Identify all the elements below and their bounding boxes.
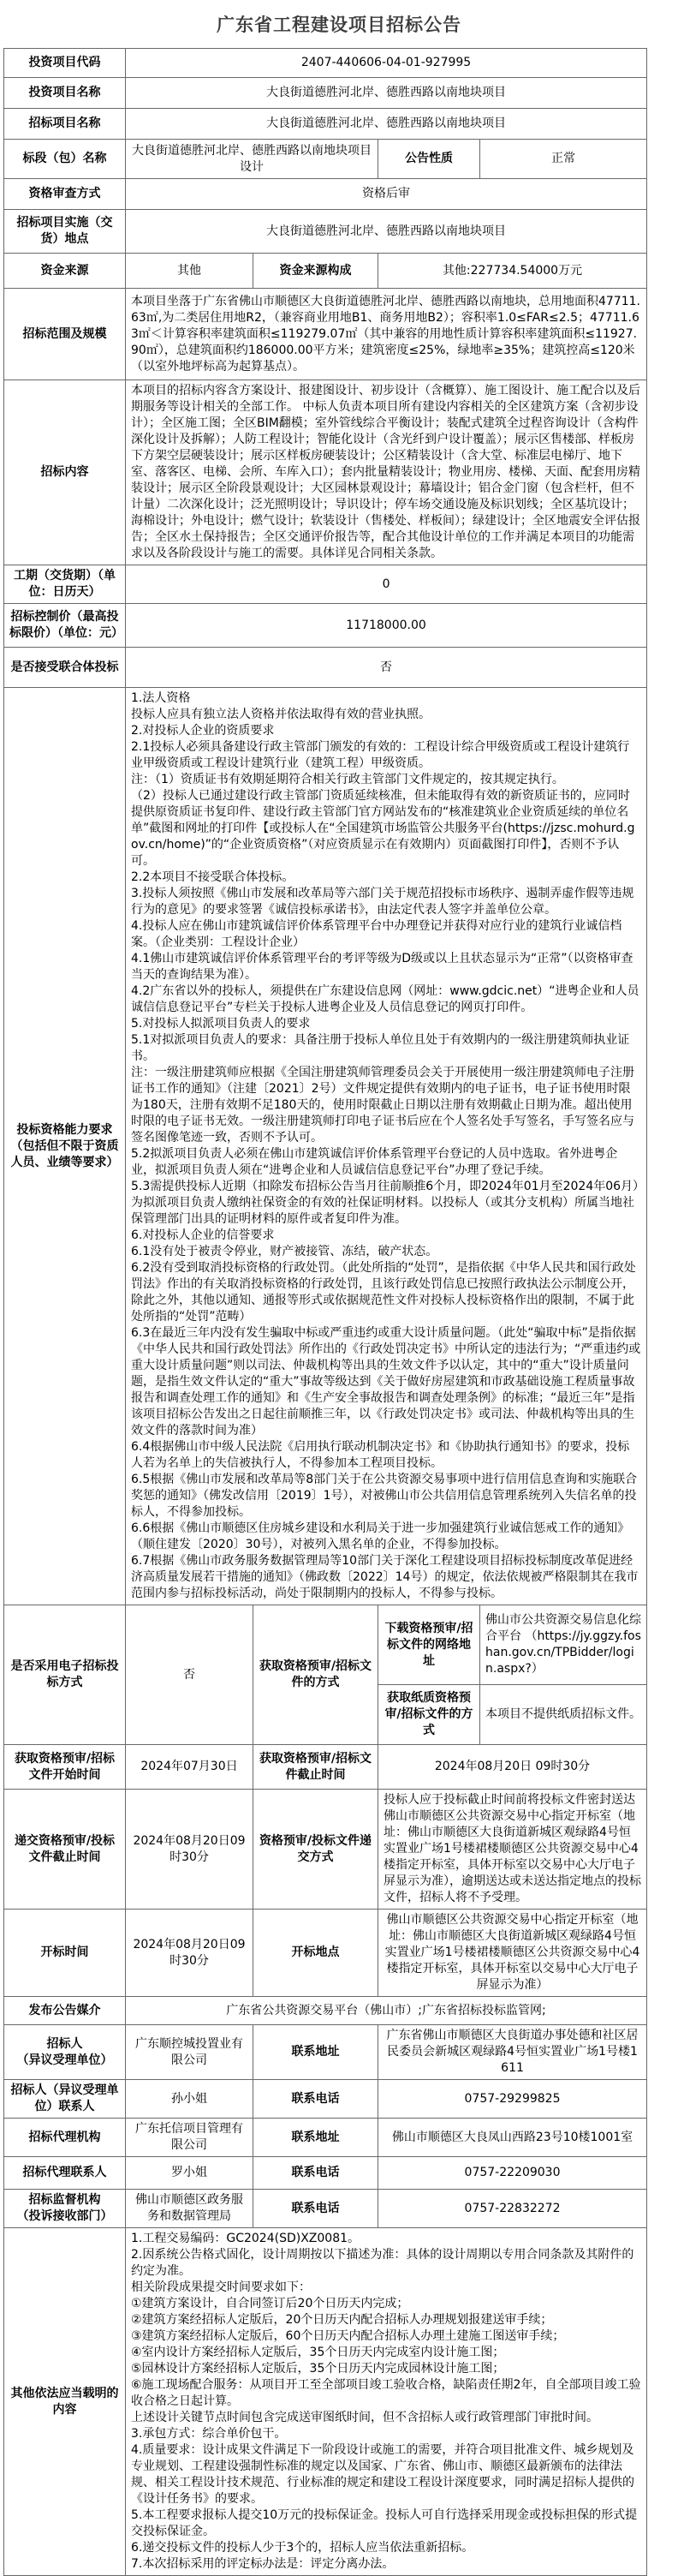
row-agency: 招标代理机构 广东托信项目管理有限公司 联系地址 佛山市顺德区大良凤山西路23号… bbox=[4, 2119, 647, 2157]
fund-composition-label: 资金来源构成 bbox=[253, 254, 378, 289]
obtain-start-label: 获取资格预审/招标文件开始时间 bbox=[4, 1745, 126, 1790]
row-agency-contact: 招标代理联系人 罗小姐 联系电话 0757-22209030 bbox=[4, 2157, 647, 2190]
section-package-value: 大良街道德胜河北岸、德胜西路以南地块项目设计 bbox=[126, 140, 378, 179]
notice-nature-label: 公告性质 bbox=[378, 140, 480, 179]
submission-deadline-label: 递交资格预审/投标文件截止时间 bbox=[4, 1790, 126, 1910]
download-address-label: 下载资格预审/招标文件的网络地址 bbox=[378, 1605, 480, 1685]
project-code-value: 2407-440606-04-01-927995 bbox=[126, 49, 647, 78]
row-scope-scale: 招标范围及规模 本项目坐落于广东省佛山市顺德区大良街道德胜河北岸、德胜西路以南地… bbox=[4, 289, 647, 380]
row-bid-opening: 开标时间 2024年08月20日09时30分 开标地点 佛山市顺德区公共资源交易… bbox=[4, 1910, 647, 1997]
agency-contact-value: 罗小姐 bbox=[126, 2157, 253, 2190]
agency-address-label: 联系地址 bbox=[253, 2119, 378, 2157]
agency-address-value: 佛山市顺德区大良凤山西路23号10楼1001室 bbox=[378, 2119, 647, 2157]
row-section-package: 标段（包）名称 大良街道德胜河北岸、德胜西路以南地块项目设计 公告性质 正常 bbox=[4, 140, 647, 179]
tenderer-value: 广东顺控城投置业有限公司 bbox=[126, 2025, 253, 2080]
bid-opening-place-value: 佛山市顺德区公共资源交易中心指定开标室（地址：佛山市顺德区大良街道新城区观绿路4… bbox=[378, 1910, 647, 1997]
tenderer-contact-label: 招标人（异议受理单位）联系人 bbox=[4, 2080, 126, 2119]
agency-value: 广东托信项目管理有限公司 bbox=[126, 2119, 253, 2157]
tenderer-address-value: 广东省佛山市顺德区大良街道办事处德和社区居民委员会新城区观绿路4号恒实置业广场1… bbox=[378, 2025, 647, 2080]
fund-source-value: 其他 bbox=[126, 254, 253, 289]
duration-value: 0 bbox=[126, 565, 647, 604]
tender-announcement-table: 投资项目代码 2407-440606-04-01-927995 投资项目名称 大… bbox=[3, 48, 647, 2576]
supervisor-phone-value: 0757-22832272 bbox=[378, 2190, 647, 2228]
bid-opening-place-label: 开标地点 bbox=[253, 1910, 378, 1997]
notice-nature-value: 正常 bbox=[480, 140, 647, 179]
row-qualification-review: 资格审查方式 资格后审 bbox=[4, 179, 647, 210]
row-supervisor: 招标监督机构 （投诉接收部门） 佛山市顺德区政务服务和数据管理局 联系电话 07… bbox=[4, 2190, 647, 2228]
agency-phone-value: 0757-22209030 bbox=[378, 2157, 647, 2190]
row-submission: 递交资格预审/投标文件截止时间 2024年08月20日09时30分 资格预审/投… bbox=[4, 1790, 647, 1910]
tenderer-label: 招标人 （异议受理单位） bbox=[4, 2025, 126, 2080]
paper-document-label: 获取纸质资格预审/招标文件的方式 bbox=[378, 1685, 480, 1745]
obtain-start-value: 2024年07月30日 bbox=[126, 1745, 253, 1790]
row-implementation-location: 招标项目实施（交货）地点 大良街道德胜河北岸、德胜西路以南地块项目 bbox=[4, 210, 647, 254]
implementation-location-value: 大良街道德胜河北岸、德胜西路以南地块项目 bbox=[126, 210, 647, 254]
row-tender-project-name: 招标项目名称 大良街道德胜河北岸、德胜西路以南地块项目 bbox=[4, 109, 647, 140]
row-obtain-time: 获取资格预审/招标文件开始时间 2024年07月30日 获取资格预审/招标文件截… bbox=[4, 1745, 647, 1790]
bid-opening-time-label: 开标时间 bbox=[4, 1910, 126, 1997]
row-invest-project-name: 投资项目名称 大良街道德胜河北岸、德胜西路以南地块项目 bbox=[4, 78, 647, 109]
agency-contact-label: 招标代理联系人 bbox=[4, 2157, 126, 2190]
page-title: 广东省工程建设项目招标公告 bbox=[0, 0, 678, 45]
row-other-contents: 其他依法应当载明的内容 1.工程交易编码：GC2024(SD)XZ0081。 2… bbox=[4, 2228, 647, 2576]
announcement-media-label: 发布公告媒介 bbox=[4, 1997, 126, 2025]
row-announcement-media: 发布公告媒介 广东省公共资源交易平台（佛山市）;广东省招标投标监管网; bbox=[4, 1997, 647, 2025]
bid-opening-time-value: 2024年08月20日09时30分 bbox=[126, 1910, 253, 1997]
tenderer-phone-value: 0757-29299825 bbox=[378, 2080, 647, 2119]
electronic-bidding-value: 否 bbox=[126, 1605, 253, 1745]
fund-composition-value: 其他:227734.54000万元 bbox=[378, 254, 647, 289]
electronic-bidding-label: 是否采用电子招标投标方式 bbox=[4, 1605, 126, 1745]
other-contents-label: 其他依法应当载明的内容 bbox=[4, 2228, 126, 2576]
qualification-review-value: 资格后审 bbox=[126, 179, 647, 210]
row-tenderer-contact: 招标人（异议受理单位）联系人 孙小姐 联系电话 0757-29299825 bbox=[4, 2080, 647, 2119]
tender-content-value: 本项目的招标内容含方案设计、报建图设计、初步设计（含概算）、施工图设计、施工配合… bbox=[126, 380, 647, 565]
obtain-method-label: 获取资格预审/招标文件的方式 bbox=[253, 1605, 378, 1745]
submission-deadline-value: 2024年08月20日09时30分 bbox=[126, 1790, 253, 1910]
row-duration: 工期（交货期）（单位：日历天） 0 bbox=[4, 565, 647, 604]
invest-project-name-label: 投资项目名称 bbox=[4, 78, 126, 109]
other-contents-value: 1.工程交易编码：GC2024(SD)XZ0081。 2.因系统公告格式固化，设… bbox=[126, 2228, 647, 2576]
scope-scale-label: 招标范围及规模 bbox=[4, 289, 126, 380]
invest-project-name-value: 大良街道德胜河北岸、德胜西路以南地块项目 bbox=[126, 78, 647, 109]
supervisor-phone-label: 联系电话 bbox=[253, 2190, 378, 2228]
tender-project-name-value: 大良街道德胜河北岸、德胜西路以南地块项目 bbox=[126, 109, 647, 140]
paper-document-value: 本项目不提供纸质招标文件。 bbox=[480, 1685, 647, 1745]
row-price-ceiling: 招标控制价（最高投标限价）（单位：元） 11718000.00 bbox=[4, 604, 647, 648]
price-ceiling-label: 招标控制价（最高投标限价）（单位：元） bbox=[4, 604, 126, 648]
project-code-label: 投资项目代码 bbox=[4, 49, 126, 78]
submission-method-label: 资格预审/投标文件递交方式 bbox=[253, 1790, 378, 1910]
row-tenderer: 招标人 （异议受理单位） 广东顺控城投置业有限公司 联系地址 广东省佛山市顺德区… bbox=[4, 2025, 647, 2080]
row-accept-consortium: 是否接受联合体投标 否 bbox=[4, 648, 647, 688]
download-address-value: 佛山市公共资源交易信息化综合平台 （https://jy.ggzy.foshan… bbox=[480, 1605, 647, 1685]
agency-label: 招标代理机构 bbox=[4, 2119, 126, 2157]
tenderer-contact-value: 孙小姐 bbox=[126, 2080, 253, 2119]
scope-scale-value: 本项目坐落于广东省佛山市顺德区大良街道德胜河北岸、德胜西路以南地块，总用地面积4… bbox=[126, 289, 647, 380]
row-tender-content: 招标内容 本项目的招标内容含方案设计、报建图设计、初步设计（含概算）、施工图设计… bbox=[4, 380, 647, 565]
tender-project-name-label: 招标项目名称 bbox=[4, 109, 126, 140]
obtain-deadline-value: 2024年08月20日 09时30分 bbox=[378, 1745, 647, 1790]
accept-consortium-label: 是否接受联合体投标 bbox=[4, 648, 126, 688]
announcement-media-value: 广东省公共资源交易平台（佛山市）;广东省招标投标监管网; bbox=[126, 1997, 647, 2025]
row-qualification-requirements: 投标资格能力要求（包括但不限于资质人员、业绩等要求） 1.法人资格 投标人应具有… bbox=[4, 688, 647, 1605]
row-fund-source: 资金来源 其他 资金来源构成 其他:227734.54000万元 bbox=[4, 254, 647, 289]
row-project-code: 投资项目代码 2407-440606-04-01-927995 bbox=[4, 49, 647, 78]
tenderer-address-label: 联系地址 bbox=[253, 2025, 378, 2080]
obtain-deadline-label: 获取资格预审/招标文件截止时间 bbox=[253, 1745, 378, 1790]
price-ceiling-value: 11718000.00 bbox=[126, 604, 647, 648]
supervisor-value: 佛山市顺德区政务服务和数据管理局 bbox=[126, 2190, 253, 2228]
row-electronic-bidding: 是否采用电子招标投标方式 否 获取资格预审/招标文件的方式 下载资格预审/招标文… bbox=[4, 1605, 647, 1685]
tenderer-phone-label: 联系电话 bbox=[253, 2080, 378, 2119]
qualification-review-label: 资格审查方式 bbox=[4, 179, 126, 210]
agency-phone-label: 联系电话 bbox=[253, 2157, 378, 2190]
accept-consortium-value: 否 bbox=[126, 648, 647, 688]
tender-content-label: 招标内容 bbox=[4, 380, 126, 565]
submission-method-value: 投标人应于投标截止时间前将投标文件密封送达佛山市顺德区公共资源交易中心指定开标室… bbox=[378, 1790, 647, 1910]
duration-label: 工期（交货期）（单位：日历天） bbox=[4, 565, 126, 604]
fund-source-label: 资金来源 bbox=[4, 254, 126, 289]
supervisor-label: 招标监督机构 （投诉接收部门） bbox=[4, 2190, 126, 2228]
qualification-requirements-value: 1.法人资格 投标人应具有独立法人资格并依法取得有效的营业执照。 2.对投标人企… bbox=[126, 688, 647, 1605]
qualification-requirements-label: 投标资格能力要求（包括但不限于资质人员、业绩等要求） bbox=[4, 688, 126, 1605]
implementation-location-label: 招标项目实施（交货）地点 bbox=[4, 210, 126, 254]
section-package-label: 标段（包）名称 bbox=[4, 140, 126, 179]
